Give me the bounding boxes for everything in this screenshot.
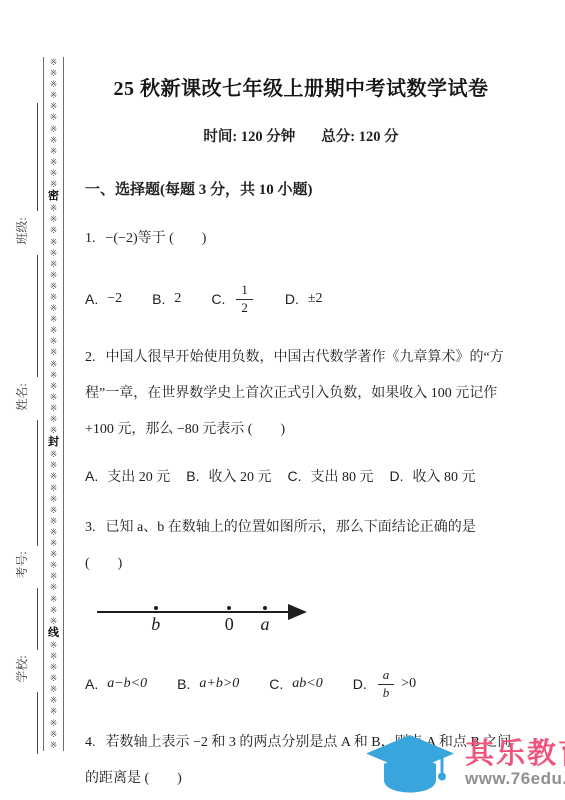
seal-symbol: ※ — [50, 472, 58, 481]
number-line-point-label: a — [261, 614, 270, 635]
seal-symbol: ※ — [50, 696, 58, 705]
seal-symbol: ※ — [50, 102, 58, 111]
question-number: 1. — [85, 231, 96, 246]
question-3: 3.已知 a、b 在数轴上的位置如图所示，那么下面结论正确的是 ( ) b0a … — [85, 510, 517, 701]
seal-symbol: ※ — [50, 158, 58, 167]
fill-in-line — [37, 692, 38, 754]
seal-symbol: ※ — [50, 595, 58, 604]
seal-symbol: ※ — [50, 730, 58, 739]
seal-symbol: ※ — [50, 249, 58, 258]
seal-symbol: ※ — [50, 426, 58, 435]
exam-total-score: 总分: 120 分 — [321, 125, 398, 146]
seal-symbol: ※ — [50, 641, 58, 650]
exam-meta: 时间: 120 分钟 总分: 120 分 — [85, 125, 517, 146]
option-d: D.±2 — [285, 291, 323, 307]
seal-symbol: ※ — [50, 180, 58, 189]
option-b: B.2 — [152, 291, 181, 307]
seal-symbol: ※ — [50, 707, 58, 716]
question-2-stem-line-3: +100 元，那么 −80 元表示 ( ) — [85, 412, 517, 448]
seal-symbol: ※ — [50, 260, 58, 269]
brand-name: 其乐教育 — [465, 739, 565, 769]
question-1: 1.−(−2)等于 ( ) A.−2 B.2 C.12 D.±2 — [85, 221, 517, 316]
seal-symbol: ※ — [50, 719, 58, 728]
seal-symbol: ※ — [50, 304, 58, 313]
graduation-cap-icon — [364, 733, 456, 795]
seal-symbol: ※ — [50, 125, 58, 134]
seal-symbol: ※ — [50, 326, 58, 335]
question-2-stem-line-1: 2.中国人很早开始使用负数，中国古代数学著作《九章算术》的“方 — [85, 340, 517, 376]
seal-symbol: ※ — [50, 271, 58, 280]
exam-paper: 25 秋新课改七年级上册期中考试数学试卷 时间: 120 分钟 总分: 120 … — [85, 60, 517, 797]
question-number: 3. — [85, 520, 96, 535]
seal-symbol: ※ — [50, 652, 58, 661]
page-title: 25 秋新课改七年级上册期中考试数学试卷 — [85, 72, 517, 101]
option-b: B.收入 20 元 — [186, 466, 271, 486]
seal-symbol: ※ — [50, 382, 58, 391]
option-c: C.支出 80 元 — [287, 466, 373, 486]
section-heading: 一、选择题(每题 3 分，共 10 小题) — [85, 178, 517, 199]
brand-logo: 其乐教育 www.76edu.com — [364, 733, 565, 795]
fraction-one-half: 12 — [236, 283, 253, 316]
seal-symbol: ※ — [50, 685, 58, 694]
seal-symbol: ※ — [50, 484, 58, 493]
seal-symbol: ※ — [50, 58, 58, 67]
seal-symbol: ※ — [50, 348, 58, 357]
exam-time: 时间: 120 分钟 — [203, 125, 295, 146]
question-2-options: A.支出 20 元 B.收入 20 元 C.支出 80 元 D.收入 80 元 — [85, 466, 517, 486]
seal-symbol: ※ — [50, 617, 58, 626]
fill-in-line — [37, 103, 38, 211]
school-field-label: 学校: — [15, 650, 29, 688]
seal-symbol: ※ — [50, 136, 58, 145]
seal-symbol: ※ — [50, 113, 58, 122]
option-a: A.a−b<0 — [85, 676, 147, 692]
fraction-a-over-b: ab — [378, 668, 395, 701]
seal-symbol: ※ — [50, 450, 58, 459]
seal-symbol: ※ — [50, 293, 58, 302]
student-info-strip: 班级: 姓名: 考号: 学校: — [0, 0, 44, 800]
seal-symbol: ※ — [50, 461, 58, 470]
option-c: C.12 — [211, 283, 255, 316]
seal-symbol: ※ — [50, 674, 58, 683]
option-a: A.支出 20 元 — [85, 466, 170, 486]
seal-symbol: ※ — [50, 80, 58, 89]
seal-symbol: ※ — [50, 506, 58, 515]
fill-in-line — [37, 588, 38, 650]
number-line-point-label: 0 — [225, 614, 234, 635]
seal-symbol: ※ — [50, 360, 58, 369]
number-line-point-label: b — [151, 614, 160, 635]
option-b: B.a+b>0 — [177, 676, 239, 692]
number-line-point — [263, 606, 267, 610]
class-field-label: 班级: — [15, 212, 29, 250]
seal-symbol: ※ — [50, 238, 58, 247]
seal-symbol: ※ — [50, 606, 58, 615]
option-d: D.收入 80 元 — [389, 466, 475, 486]
number-line-diagram: b0a — [97, 596, 307, 640]
seal-symbol: ※ — [50, 337, 58, 346]
fill-in-line — [37, 255, 38, 377]
seal-symbol: ※ — [50, 550, 58, 559]
fill-in-line — [37, 420, 38, 546]
question-number: 2. — [85, 350, 96, 365]
seal-symbol: ※ — [50, 226, 58, 235]
number-line-axis — [97, 611, 291, 613]
seal-symbol: ※ — [50, 315, 58, 324]
seal-symbol: ※ — [50, 663, 58, 672]
seal-symbol: ※ — [50, 371, 58, 380]
seal-text-char: 封 — [48, 437, 59, 448]
question-3-stem-line-2: ( ) — [85, 546, 517, 582]
question-1-stem: 1.−(−2)等于 ( ) — [85, 221, 517, 257]
seal-symbol: ※ — [50, 561, 58, 570]
question-2: 2.中国人很早开始使用负数，中国古代数学著作《九章算术》的“方 程”一章，在世界… — [85, 340, 517, 486]
number-line-point — [154, 606, 158, 610]
seal-symbol: ※ — [50, 583, 58, 592]
seal-symbol: ※ — [50, 204, 58, 213]
seal-symbol: ※ — [50, 539, 58, 548]
question-number: 4. — [85, 735, 96, 750]
seal-line: ※※※※※※※※※※※※密※※※※※※※※※※※※※※※※※※※※※封※※※※※… — [43, 57, 64, 751]
number-line-arrow — [288, 604, 307, 620]
question-3-options: A.a−b<0 B.a+b>0 C.ab<0 D.ab>0 — [85, 668, 517, 701]
question-2-stem-line-2: 程”一章，在世界数学史上首次正式引入负数，如果收入 100 元记作 — [85, 376, 517, 412]
name-field-label: 姓名: — [15, 378, 29, 416]
seal-symbol: ※ — [50, 415, 58, 424]
option-d: D.ab>0 — [353, 668, 416, 701]
seal-symbol: ※ — [50, 528, 58, 537]
option-a: A.−2 — [85, 291, 122, 307]
seal-symbol: ※ — [50, 147, 58, 156]
question-3-stem-line-1: 3.已知 a、b 在数轴上的位置如图所示，那么下面结论正确的是 — [85, 510, 517, 546]
seal-symbol: ※ — [50, 572, 58, 581]
seal-symbol: ※ — [50, 215, 58, 224]
seal-symbol: ※ — [50, 495, 58, 504]
seal-symbol: ※ — [50, 741, 58, 750]
seal-symbol: ※ — [50, 169, 58, 178]
question-1-options: A.−2 B.2 C.12 D.±2 — [85, 283, 517, 316]
seal-symbol: ※ — [50, 393, 58, 402]
seal-symbol: ※ — [50, 282, 58, 291]
seal-text-char: 密 — [48, 191, 59, 202]
number-line-point — [227, 606, 231, 610]
seal-text-char: 线 — [48, 628, 59, 639]
brand-url: www.76edu.com — [465, 770, 565, 789]
seal-symbol: ※ — [50, 517, 58, 526]
brand-text: 其乐教育 www.76edu.com — [465, 739, 565, 789]
exam-number-field-label: 考号: — [15, 546, 29, 584]
seal-symbol: ※ — [50, 404, 58, 413]
seal-symbol: ※ — [50, 69, 58, 78]
seal-symbol: ※ — [50, 91, 58, 100]
option-c: C.ab<0 — [269, 676, 322, 692]
